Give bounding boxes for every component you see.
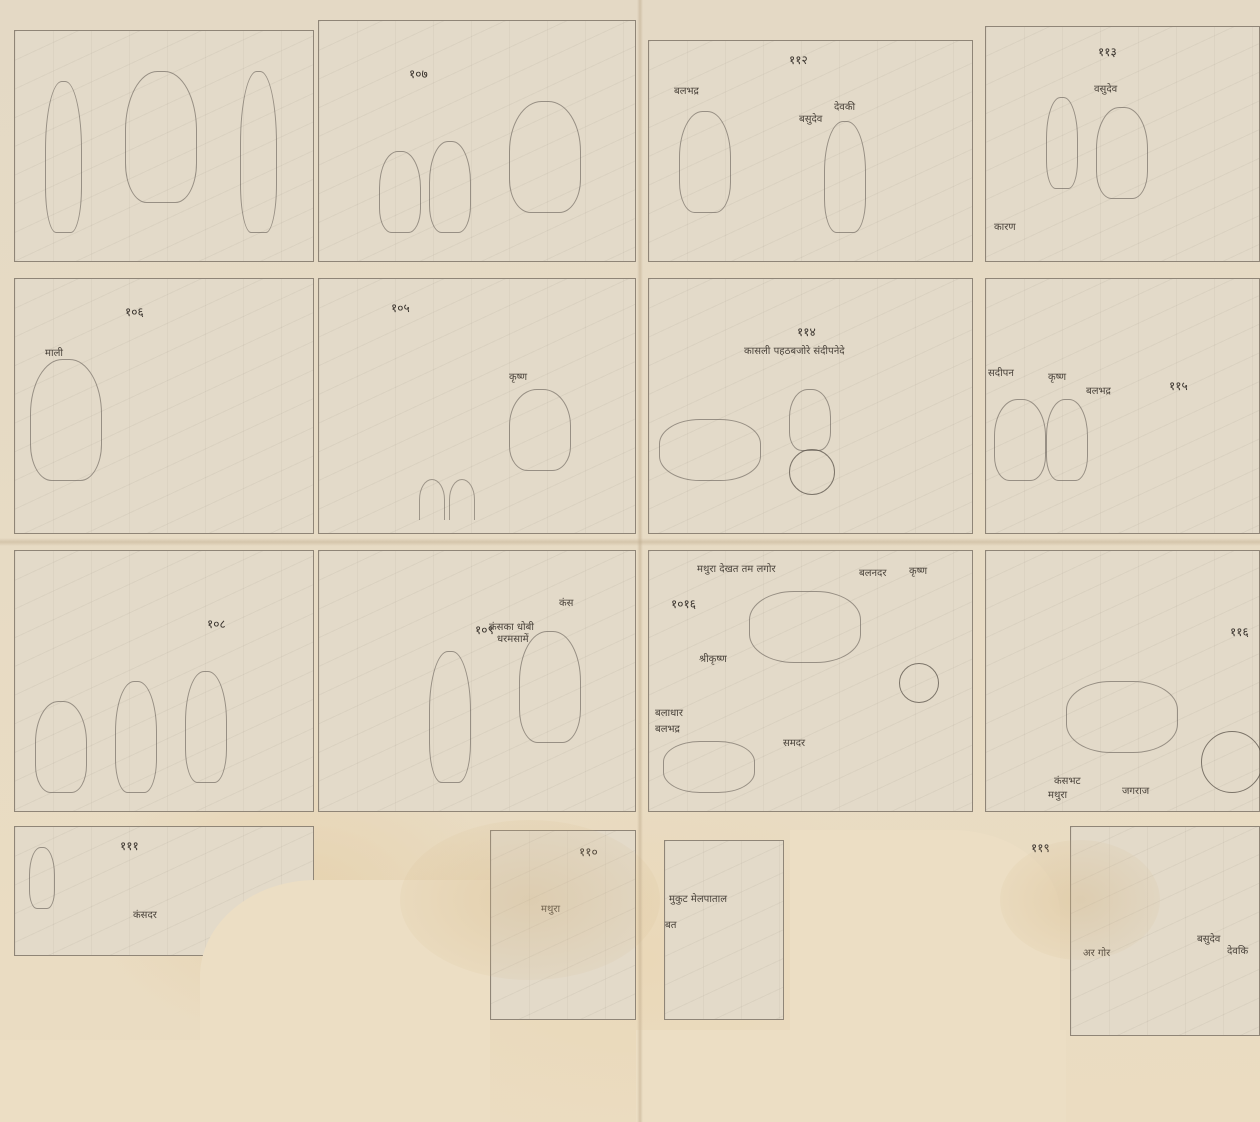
figure-drawing <box>30 359 102 481</box>
inscription: बलभद्र <box>674 83 699 97</box>
inscription: कंसभट <box>1054 773 1081 787</box>
inscription: जगराज <box>1122 783 1149 797</box>
figure-drawing <box>509 101 581 213</box>
figure-drawing <box>185 671 227 783</box>
inscription: कासली पहठबजोरे संदीपनेदे <box>744 343 845 357</box>
panel-r3c4: ११६ कंसभट मथुरा जगराज <box>985 550 1260 812</box>
inscription: बलभद्र <box>655 721 680 735</box>
horse-drawing <box>749 591 861 663</box>
panel-number: ११३ <box>1098 43 1117 60</box>
figure-drawing <box>1046 399 1088 481</box>
panel-r4c3: मुकुट मेलपाताल बत <box>664 840 784 1020</box>
manuscript-sheet: १०७ ११२ बलभद्र बसुदेव देवकी ११३ वसुदेव क… <box>0 0 1260 1122</box>
panel-r3c2: १०९ कंसका धोबी धरमसामें कंस <box>318 550 636 812</box>
horizontal-fold-line <box>0 538 1260 546</box>
figure-drawing <box>379 151 421 233</box>
inscription: देवकि <box>1227 943 1248 957</box>
figure-drawing <box>824 121 866 233</box>
figure-drawing <box>509 389 571 471</box>
figure-drawing <box>429 651 471 783</box>
inscription: मथुरा <box>1048 787 1067 801</box>
inscription: मुकुट मेलपाताल <box>669 891 727 905</box>
horse-drawing <box>659 419 761 481</box>
water-stain <box>1000 840 1160 960</box>
inscription: माली <box>45 345 63 359</box>
seated-figure-drawing <box>125 71 197 203</box>
figure-drawing <box>519 631 581 743</box>
inscription: बलभद्र <box>1086 383 1111 397</box>
panel-r2c4: ११५ सदीपन कृष्ण बलभद्र <box>985 278 1260 534</box>
panel-number: ११५ <box>1169 377 1188 394</box>
vertical-fold-line <box>637 0 643 1122</box>
inscription: समदर <box>783 735 805 749</box>
arch-drawing <box>449 479 475 520</box>
figure-drawing <box>115 681 157 793</box>
damaged-area <box>0 1040 480 1122</box>
inscription: बसुदेव <box>1197 931 1220 945</box>
inscription: श्रीकृष्ण <box>699 651 727 665</box>
panel-number: १११ <box>120 837 139 854</box>
panel-r2c3: ११४ कासली पहठबजोरे संदीपनेदे <box>648 278 973 534</box>
panel-number: ११४ <box>797 323 816 340</box>
panel-r2c1: १०६ माली <box>14 278 314 534</box>
figure-drawing <box>789 389 831 451</box>
chariot-wheel-drawing <box>899 663 939 703</box>
panel-number: ११६ <box>1230 623 1249 640</box>
inscription: कंसदर <box>133 907 157 921</box>
panel-r1c4: ११३ वसुदेव कारण <box>985 26 1260 262</box>
standing-figure-drawing <box>45 81 82 233</box>
chariot-wheel-drawing <box>1201 731 1260 793</box>
panel-r1c2: १०७ <box>318 20 636 262</box>
panel-r2c2: १०५ कृष्ण <box>318 278 636 534</box>
panel-number: ११२ <box>789 51 808 68</box>
water-stain <box>400 820 660 980</box>
panel-number: १०८ <box>207 615 226 632</box>
inscription: कारण <box>994 219 1016 233</box>
figure-drawing <box>1096 107 1148 199</box>
chariot-wheel-drawing <box>789 449 835 495</box>
inscription: कृष्ण <box>909 563 927 577</box>
panel-r3c3: मथुरा देखत तम लगोर १०१६ बलनदर कृष्ण श्री… <box>648 550 973 812</box>
inscription: धरमसामें <box>497 631 529 645</box>
horse-drawing <box>1066 681 1178 753</box>
figure-drawing <box>29 847 55 909</box>
inscription: कृष्ण <box>1048 369 1066 383</box>
inscription: सदीपन <box>988 365 1014 379</box>
inscription: बत <box>665 917 676 931</box>
panel-r1c3: ११२ बलभद्र बसुदेव देवकी <box>648 40 973 262</box>
panel-r3c1: १०८ <box>14 550 314 812</box>
inscription: कृष्ण <box>509 369 527 383</box>
panel-number: १०७ <box>409 65 428 82</box>
arch-drawing <box>419 479 445 520</box>
inscription: बलाधार <box>655 705 683 719</box>
panel-number: १०१६ <box>671 595 696 612</box>
figure-drawing <box>679 111 731 213</box>
inscription: वसुदेव <box>1094 81 1117 95</box>
damaged-area <box>636 1030 1066 1122</box>
inscription: कंस <box>559 595 573 609</box>
figure-drawing <box>35 701 87 793</box>
standing-figure-drawing <box>240 71 277 233</box>
inscription: देवकी <box>834 99 855 113</box>
elephant-drawing <box>663 741 755 793</box>
figure-drawing <box>1046 97 1078 189</box>
figure-drawing <box>429 141 471 233</box>
inscription: मथुरा देखत तम लगोर <box>697 561 776 575</box>
panel-number: १०५ <box>391 299 410 316</box>
inscription: बसुदेव <box>799 111 822 125</box>
inscription: बलनदर <box>859 565 886 579</box>
figure-drawing <box>994 399 1046 481</box>
panel-number: १०६ <box>125 303 144 320</box>
panel-r1c1 <box>14 30 314 262</box>
